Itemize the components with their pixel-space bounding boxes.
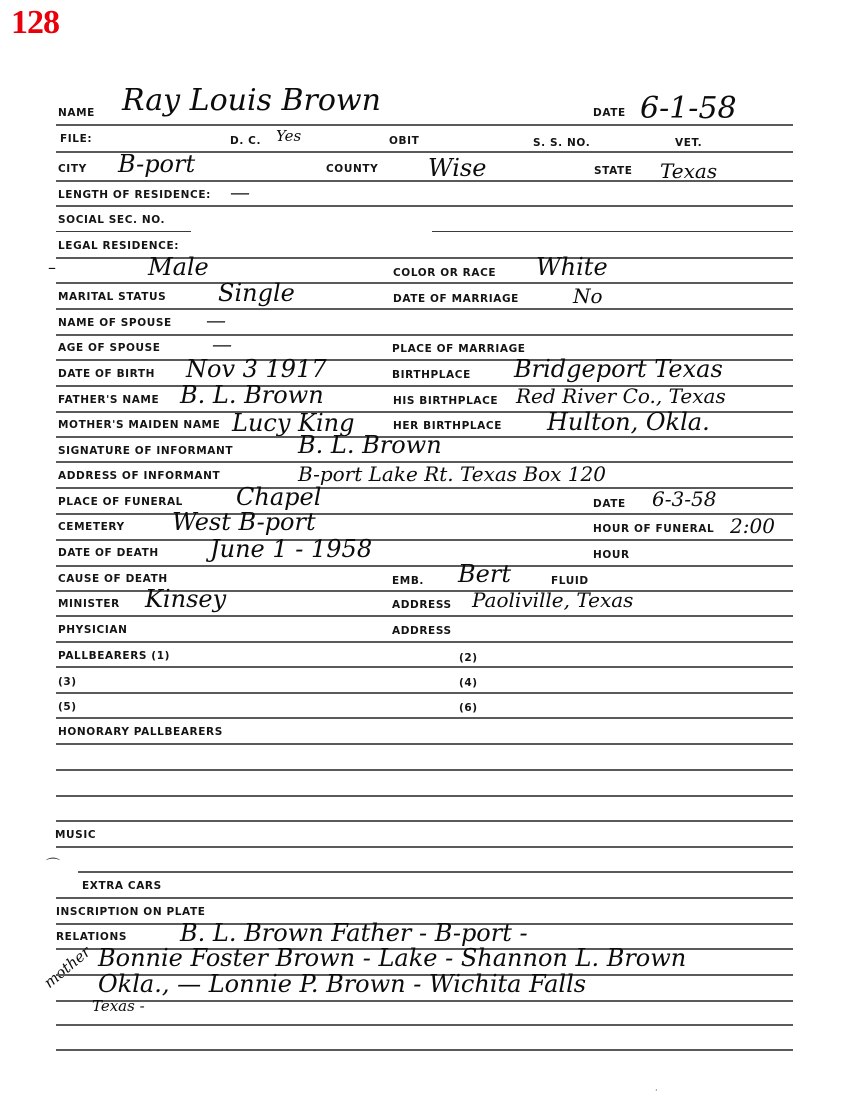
label-music: MUSIC <box>55 829 96 841</box>
value-color-or-race[interactable]: White <box>536 255 608 279</box>
label-color-or-race: COLOR OR RACE <box>393 267 496 279</box>
label-physician: PHYSICIAN <box>58 624 127 636</box>
rule <box>56 666 793 668</box>
rule <box>56 1049 793 1051</box>
label-pallbearer-6: (6) <box>459 702 478 714</box>
label-social-sec-no: SOCIAL SEC. NO. <box>58 214 165 226</box>
label-cause-of-death: CAUSE OF DEATH <box>58 573 168 585</box>
dash-mark: – <box>48 258 56 277</box>
rule <box>56 124 793 126</box>
label-birthplace: BIRTHPLACE <box>392 369 471 381</box>
value-date-of-birth[interactable]: Nov 3 1917 <box>186 357 327 381</box>
label-fathers-name: FATHER'S NAME <box>58 394 159 406</box>
rule <box>56 205 793 207</box>
value-cemetery[interactable]: West B-port <box>172 510 316 534</box>
rule <box>56 1024 793 1026</box>
label-honorary-pallbearers: HONORARY PALLBEARERS <box>58 726 223 738</box>
value-signature-of-informant[interactable]: B. L. Brown <box>298 433 442 457</box>
label-file: FILE: <box>60 133 92 145</box>
rule <box>78 871 793 873</box>
label-place-of-marriage: PLACE OF MARRIAGE <box>392 343 526 355</box>
label-mothers-maiden-name: MOTHER'S MAIDEN NAME <box>58 419 220 431</box>
label-pallbearers: PALLBEARERS (1) <box>58 650 170 662</box>
rule <box>56 539 793 541</box>
label-his-birthplace: HIS BIRTHPLACE <box>393 395 498 407</box>
label-place-of-funeral: PLACE OF FUNERAL <box>58 496 183 508</box>
label-date: DATE <box>593 107 626 119</box>
rule <box>56 641 793 643</box>
value-relations-line-4[interactable]: Texas - <box>92 999 145 1014</box>
value-dc[interactable]: Yes <box>276 129 301 144</box>
rule <box>56 743 793 745</box>
value-city[interactable]: B-port <box>118 152 195 176</box>
label-pallbearer-3: (3) <box>58 676 77 688</box>
label-minister-address: ADDRESS <box>392 599 452 611</box>
label-pallbearer-4: (4) <box>459 677 478 689</box>
value-date-of-death[interactable]: June 1 - 1958 <box>210 537 372 561</box>
rule <box>56 897 793 899</box>
label-hour: HOUR <box>593 549 630 561</box>
page-number: 128 <box>11 4 59 42</box>
value-date-of-marriage[interactable]: No <box>573 286 603 306</box>
label-physician-address: ADDRESS <box>392 625 452 637</box>
rule <box>432 231 793 232</box>
rule <box>56 513 793 515</box>
value-county[interactable]: Wise <box>428 156 486 180</box>
value-relations-line-3[interactable]: Okla., — Lonnie P. Brown - Wichita Falls <box>98 972 586 996</box>
rule <box>56 565 793 567</box>
label-signature-of-informant: SIGNATURE OF INFORMANT <box>58 445 233 457</box>
label-date-of-death: DATE OF DEATH <box>58 547 159 559</box>
rule <box>56 1000 793 1002</box>
label-age-of-spouse: AGE OF SPOUSE <box>58 342 161 354</box>
speck-mark: · <box>655 1086 658 1095</box>
label-pallbearer-5: (5) <box>58 701 77 713</box>
rule <box>56 334 793 336</box>
label-county: COUNTY <box>326 163 378 175</box>
value-minister[interactable]: Kinsey <box>145 587 226 611</box>
label-vet: VET. <box>675 137 702 149</box>
rule <box>56 846 793 848</box>
value-sex[interactable]: Male <box>148 255 209 279</box>
label-hour-of-funeral: HOUR OF FUNERAL <box>593 523 714 535</box>
rule <box>56 282 793 284</box>
value-his-birthplace[interactable]: Red River Co., Texas <box>516 386 726 406</box>
label-dc: D. C. <box>230 135 261 147</box>
value-length-of-residence[interactable]: — <box>230 182 250 202</box>
label-name: NAME <box>58 107 95 119</box>
label-obit: OBIT <box>389 135 419 147</box>
rule <box>56 615 793 617</box>
label-date-of-birth: DATE OF BIRTH <box>58 368 155 380</box>
rule <box>56 769 793 771</box>
label-inscription-on-plate: INSCRIPTION ON PLATE <box>56 906 206 918</box>
label-city: CITY <box>58 163 87 175</box>
rule <box>56 308 793 310</box>
label-fluid: FLUID <box>551 575 589 587</box>
value-name[interactable]: Ray Louis Brown <box>122 86 381 116</box>
label-relations: RELATIONS <box>56 931 127 943</box>
value-marital-status[interactable]: Single <box>218 281 295 305</box>
value-hour-of-funeral[interactable]: 2:00 <box>730 516 775 536</box>
curve-mark: ⌒ <box>46 855 60 875</box>
value-relations-margin-note[interactable]: mother <box>42 944 94 991</box>
label-state: STATE <box>594 165 633 177</box>
rule <box>56 692 793 694</box>
label-date-of-marriage: DATE OF MARRIAGE <box>393 293 519 305</box>
label-pallbearer-2: (2) <box>459 652 478 664</box>
label-extra-cars: EXTRA CARS <box>82 880 162 892</box>
value-date[interactable]: 6-1-58 <box>640 94 737 124</box>
label-length-of-residence: LENGTH OF RESIDENCE: <box>58 189 211 201</box>
value-relations-line-2[interactable]: Bonnie Foster Brown - Lake - Shannon L. … <box>98 946 686 970</box>
value-name-of-spouse[interactable]: — <box>206 310 226 330</box>
value-age-of-spouse[interactable]: — <box>212 334 232 354</box>
value-her-birthplace[interactable]: Hulton, Okla. <box>547 410 710 434</box>
value-funeral-date[interactable]: 6-3-58 <box>652 489 716 509</box>
rule <box>56 231 191 232</box>
value-address-of-informant[interactable]: B-port Lake Rt. Texas Box 120 <box>298 464 606 484</box>
value-birthplace[interactable]: Bridgeport Texas <box>514 357 723 381</box>
label-ss-no: S. S. NO. <box>533 137 590 149</box>
value-fathers-name[interactable]: B. L. Brown <box>180 383 324 407</box>
value-relations-line-1[interactable]: B. L. Brown Father - B-port - <box>180 921 528 945</box>
label-legal-residence: LEGAL RESIDENCE: <box>58 240 179 252</box>
rule <box>56 180 793 182</box>
rule <box>56 795 793 797</box>
label-emb: EMB. <box>392 575 424 587</box>
label-name-of-spouse: NAME OF SPOUSE <box>58 317 172 329</box>
label-funeral-date: DATE <box>593 498 626 510</box>
label-minister: MINISTER <box>58 598 120 610</box>
value-state[interactable]: Texas <box>660 161 717 181</box>
label-address-of-informant: ADDRESS OF INFORMANT <box>58 470 220 482</box>
value-place-of-funeral[interactable]: Chapel <box>236 485 321 509</box>
value-emb[interactable]: Bert <box>458 562 511 586</box>
label-cemetery: CEMETERY <box>58 521 125 533</box>
value-minister-address[interactable]: Paoliville, Texas <box>472 590 633 610</box>
label-marital-status: MARITAL STATUS <box>58 291 166 303</box>
rule <box>56 717 793 719</box>
rule <box>56 820 793 822</box>
